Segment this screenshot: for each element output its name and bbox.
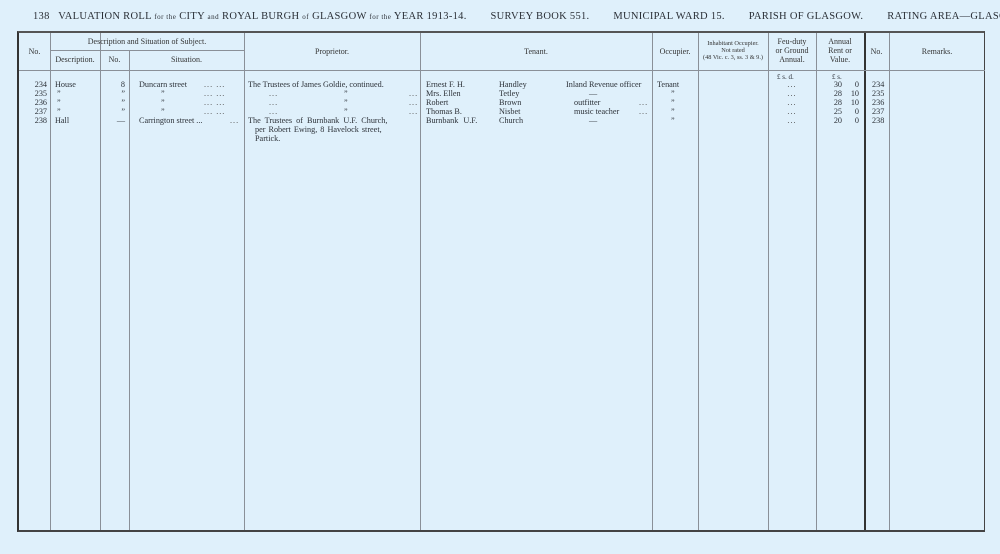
page-title: 138 VALUATION ROLL for the CITY and ROYA… <box>33 11 1000 22</box>
row-no-2: 235 <box>872 89 884 98</box>
header-line: or Ground <box>768 46 816 55</box>
header-bottom-rule <box>19 70 985 71</box>
header-remarks: Remarks. <box>889 47 985 56</box>
row-situation-dots: ... ... <box>204 107 225 116</box>
row-proprietor-dots: ... <box>269 98 278 107</box>
row-shillings: 0 <box>842 107 859 116</box>
row-no: 234 <box>19 80 47 89</box>
row-situation: ” <box>161 98 165 107</box>
row-shillings: 10 <box>842 89 859 98</box>
valuation-table: No. Description and Situation of Subject… <box>17 31 985 532</box>
column-divider <box>420 33 421 530</box>
header-description-group: Description and Situation of Subject. <box>50 37 244 46</box>
row-no: 238 <box>19 116 47 125</box>
header-line: Value. <box>816 55 864 64</box>
rating-area: RATING AREA—GLASGOW. <box>887 11 1000 22</box>
row-shillings: 0 <box>842 116 859 125</box>
row-occupier: ” <box>671 89 675 98</box>
row-feu: ... <box>768 98 816 107</box>
row-description: ” <box>57 107 61 116</box>
row-tenant-first: Burnbank U.F. <box>426 116 477 125</box>
survey-book: SURVEY BOOK 551. <box>491 11 590 22</box>
column-divider <box>889 33 890 530</box>
parish: PARISH OF GLASGOW. <box>749 11 864 22</box>
row-feu: ... <box>768 116 816 125</box>
row-tenant-occupation: — <box>589 116 597 125</box>
row-tenant-occupation-dots: ... <box>639 107 648 116</box>
row-proprietor-ditto: ” <box>344 98 348 107</box>
row-tenant-first: Robert <box>426 98 448 107</box>
header-line: Rent or <box>816 46 864 55</box>
row-pounds: 20 <box>816 116 842 125</box>
header-line: Inhabitant Occupier. <box>698 40 768 47</box>
header-feu-duty: Feu-duty or Ground Annual. <box>768 37 816 64</box>
row-feu: ... <box>768 89 816 98</box>
row-occupier: ” <box>671 98 675 107</box>
row-proprietor-dots: ... <box>409 89 418 98</box>
header-situation: Situation. <box>129 55 244 64</box>
column-divider <box>698 33 699 530</box>
row-tenant-first: Ernest F. H. <box>426 80 465 89</box>
row-no-2: 238 <box>872 116 884 125</box>
title-text: ROYAL BURGH <box>222 11 299 22</box>
row-desc-no: 8 <box>100 80 125 89</box>
row-pounds: 30 <box>816 80 842 89</box>
title-text: for the <box>369 13 391 21</box>
row-description: House <box>55 80 76 89</box>
header-tenant: Tenant. <box>420 47 652 56</box>
header-subdivider <box>50 50 244 51</box>
row-occupier: ” <box>671 107 675 116</box>
municipal-ward: MUNICIPAL WARD 15. <box>613 11 724 22</box>
row-tenant-last: Brown <box>499 98 521 107</box>
row-occupier: Tenant <box>657 80 679 89</box>
header-desc-no: No. <box>100 55 129 64</box>
row-situation-dots: ... <box>230 116 239 125</box>
header-line: Feu-duty <box>768 37 816 46</box>
row-pounds: 25 <box>816 107 842 116</box>
row-situation-dots: ... ... <box>204 80 225 89</box>
column-divider <box>864 33 866 530</box>
row-feu: ... <box>768 107 816 116</box>
title-text: GLASGOW <box>312 11 366 22</box>
row-no: 235 <box>19 89 47 98</box>
row-description: ” <box>57 89 61 98</box>
row-feu: ... <box>768 80 816 89</box>
row-situation: Carrington street ... <box>139 116 202 125</box>
row-no-2: 234 <box>872 80 884 89</box>
row-no: 236 <box>19 98 47 107</box>
title-text: and <box>208 13 220 21</box>
row-proprietor: The Trustees of Burnbank U.F. Church, <box>248 116 387 125</box>
row-tenant-first: Thomas B. <box>426 107 462 116</box>
row-situation-dots: ... ... <box>204 89 225 98</box>
header-no-2: No. <box>864 47 889 56</box>
column-divider <box>50 33 51 530</box>
row-proprietor-dots: ... <box>409 98 418 107</box>
row-tenant-occupation: — <box>589 89 597 98</box>
row-no-2: 236 <box>872 98 884 107</box>
row-proprietor-dots: ... <box>269 107 278 116</box>
header-annual-rent: Annual Rent or Value. <box>816 37 864 64</box>
row-tenant-last: Church <box>499 116 523 125</box>
row-pounds: 28 <box>816 98 842 107</box>
column-divider <box>129 50 130 530</box>
row-desc-no: — <box>100 116 125 125</box>
row-shillings: 10 <box>842 98 859 107</box>
row-no: 237 <box>19 107 47 116</box>
row-situation: ” <box>161 107 165 116</box>
row-shillings: 0 <box>842 80 859 89</box>
header-line: Not rated <box>698 47 768 54</box>
title-text: VALUATION ROLL <box>58 11 151 22</box>
column-divider <box>652 33 653 530</box>
title-text: CITY <box>179 11 204 22</box>
column-divider <box>244 33 245 530</box>
header-proprietor: Proprietor. <box>244 47 420 56</box>
header-line: (48 Vic. c. 3, ss. 3 & 9.) <box>698 54 768 61</box>
row-proprietor: The Trustees of James Goldie, continued. <box>248 80 384 89</box>
row-description: ” <box>57 98 61 107</box>
row-tenant-occupation-dots: ... <box>639 98 648 107</box>
row-proprietor-ditto: ” <box>344 107 348 116</box>
row-occupier: ” <box>671 116 675 125</box>
row-pounds: 28 <box>816 89 842 98</box>
row-description: Hall <box>55 116 69 125</box>
row-desc-no: ” <box>100 89 125 98</box>
header-inhabitant: Inhabitant Occupier. Not rated (48 Vic. … <box>698 40 768 61</box>
row-tenant-occupation: Inland Revenue officer <box>566 80 641 89</box>
row-tenant-last: Handley <box>499 80 527 89</box>
header-line: Annual <box>816 37 864 46</box>
row-tenant-last: Tetley <box>499 89 519 98</box>
header-no: No. <box>19 47 50 56</box>
row-situation: ” <box>161 89 165 98</box>
header-occupier: Occupier. <box>652 47 698 56</box>
row-desc-no: ” <box>100 107 125 116</box>
row-no-2: 237 <box>872 107 884 116</box>
row-proprietor-dots: ... <box>409 107 418 116</box>
title-text: YEAR 1913-14. <box>394 11 467 22</box>
row-proprietor-dots: ... <box>269 89 278 98</box>
row-tenant-occupation: outfitter <box>574 98 600 107</box>
row-desc-no: ” <box>100 98 125 107</box>
row-situation-dots: ... ... <box>204 98 225 107</box>
header-line: Annual. <box>768 55 816 64</box>
row-situation: Duncarn street <box>139 80 187 89</box>
page-number: 138 <box>33 11 50 22</box>
title-text: of <box>302 13 309 21</box>
row-tenant-occupation: music teacher <box>574 107 619 116</box>
header-description: Description. <box>50 55 100 64</box>
row-proprietor-ditto: ” <box>344 89 348 98</box>
title-text: for the <box>154 13 176 21</box>
row-proprietor-line-2: per Robert Ewing, 8 Havelock street, <box>255 125 382 134</box>
row-tenant-first: Mrs. Ellen <box>426 89 461 98</box>
row-tenant-last: Nisbet <box>499 107 520 116</box>
row-proprietor-line-3: Partick. <box>255 134 280 143</box>
